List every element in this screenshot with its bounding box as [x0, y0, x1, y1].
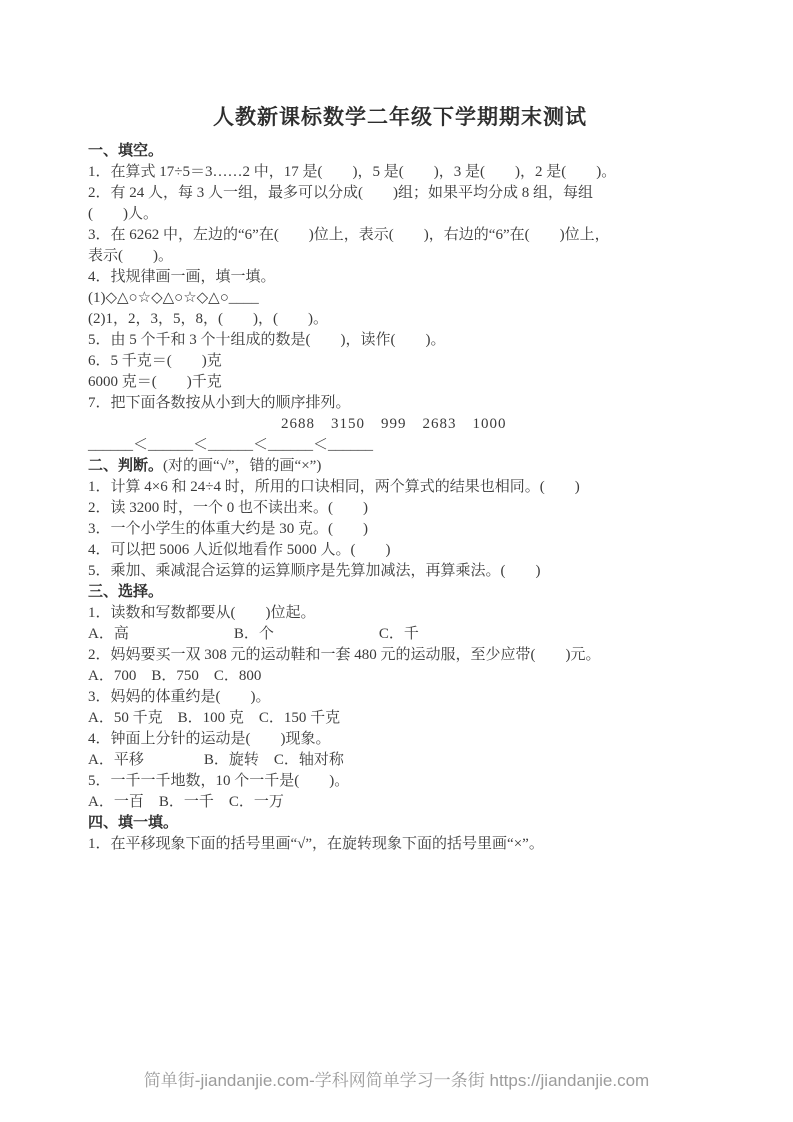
section-four-heading: 四、填一填。	[88, 813, 712, 834]
section-two-heading-row: 二、判断。(对的画“√”，错的画“×”)	[88, 456, 712, 477]
choice-q4-options: A．平移 B．旋转 C．轴对称	[88, 750, 712, 771]
fill-q7: 7．把下面各数按从小到大的顺序排列。	[88, 393, 712, 414]
page-title: 人教新课标数学二年级下学期期末测试	[88, 102, 712, 132]
judge-q2: 2．读 3200 时，一个 0 也不读出来。( )	[88, 498, 712, 519]
fill-q6-line2: 6000 克＝( )千克	[88, 372, 712, 393]
choice-q1: 1．读数和写数都要从( )位起。	[88, 603, 712, 624]
judge-q3: 3．一个小学生的体重大约是 30 克。( )	[88, 519, 712, 540]
choice-q5: 5．一千一千地数，10 个一千是( )。	[88, 771, 712, 792]
fill-q6-line1: 6．5 千克＝( )克	[88, 351, 712, 372]
section-two-note: (对的画“√”，错的画“×”)	[163, 458, 321, 474]
judge-q4: 4．可以把 5006 人近似地看作 5000 人。( )	[88, 540, 712, 561]
choice-q3: 3．妈妈的体重约是( )。	[88, 687, 712, 708]
section-two-heading: 二、判断。	[88, 458, 163, 474]
fill2-q1: 1．在平移现象下面的括号里画“√”，在旋转现象下面的括号里画“×”。	[88, 834, 712, 855]
fill-q7-number-list: 2688 3150 999 2683 1000	[88, 414, 712, 435]
judge-q5: 5．乘加、乘减混合运算的运算顺序是先算加减法，再算乘法。( )	[88, 561, 712, 582]
test-paper-page: 人教新课标数学二年级下学期期末测试 一、填空。 1．在算式 17÷5＝3……2 …	[0, 0, 793, 1122]
fill-q5: 5．由 5 个千和 3 个十组成的数是( )，读作( )。	[88, 330, 712, 351]
judge-q1: 1．计算 4×6 和 24÷4 时，所用的口诀相同，两个算式的结果也相同。( )	[88, 477, 712, 498]
fill-q4-pattern-shapes: (1)◇△○☆◇△○☆◇△○____	[88, 288, 712, 309]
fill-q7-ordering-blanks: ______＜______＜______＜______＜______	[88, 435, 712, 456]
fill-q4: 4．找规律画一画，填一填。	[88, 267, 712, 288]
fill-q4-pattern-numbers: (2)1，2，3，5，8，( )，( )。	[88, 309, 712, 330]
paper-content: 人教新课标数学二年级下学期期末测试 一、填空。 1．在算式 17÷5＝3……2 …	[88, 102, 712, 855]
section-three-heading: 三、选择。	[88, 582, 712, 603]
fill-q3-line1: 3．在 6262 中，左边的“6”在( )位上，表示( )，右边的“6”在( )…	[88, 225, 712, 246]
fill-q1: 1．在算式 17÷5＝3……2 中，17 是( )，5 是( )，3 是( )，…	[88, 162, 712, 183]
choice-q5-options: A．一百 B．一千 C．一万	[88, 792, 712, 813]
fill-q3-line2: 表示( )。	[88, 246, 712, 267]
watermark-footer: 简单街-jiandanjie.com-学科网简单学习一条街 https://ji…	[0, 1066, 793, 1091]
choice-q4: 4．钟面上分针的运动是( )现象。	[88, 729, 712, 750]
fill-q2-line1: 2．有 24 人，每 3 人一组，最多可以分成( )组；如果平均分成 8 组，每…	[88, 183, 712, 204]
choice-q2-options: A．700 B．750 C．800	[88, 666, 712, 687]
choice-q1-options: A．高 B．个 C．千	[88, 624, 712, 645]
choice-q2: 2．妈妈要买一双 308 元的运动鞋和一套 480 元的运动服，至少应带( )元…	[88, 645, 712, 666]
section-one-heading: 一、填空。	[88, 141, 712, 162]
choice-q3-options: A．50 千克 B．100 克 C．150 千克	[88, 708, 712, 729]
fill-q2-line2: ( )人。	[88, 204, 712, 225]
